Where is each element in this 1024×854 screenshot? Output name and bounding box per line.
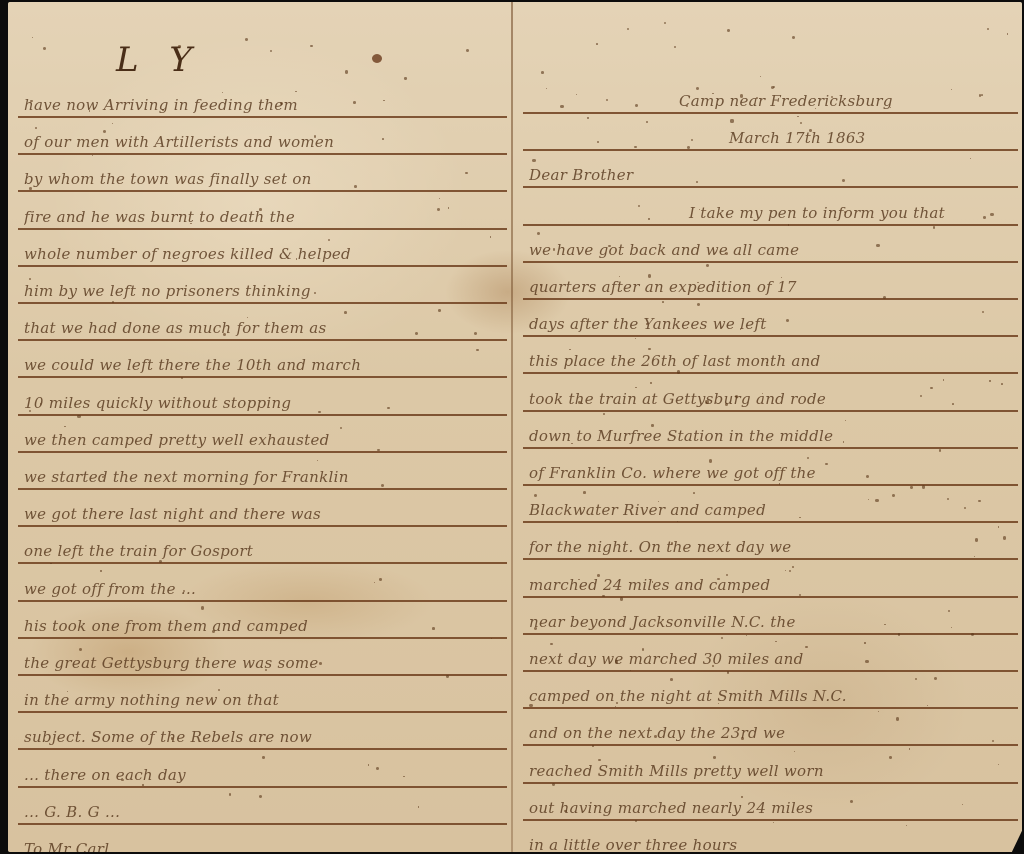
speckle <box>952 403 954 405</box>
speckle <box>974 556 975 557</box>
speckle <box>142 784 143 785</box>
speckle <box>259 208 262 211</box>
speckle <box>29 278 31 280</box>
speckle <box>992 740 994 742</box>
speckle <box>1003 536 1006 539</box>
speckle <box>889 756 892 759</box>
speckle <box>934 677 937 680</box>
speckle <box>693 492 695 494</box>
speckle <box>741 737 744 740</box>
speckle <box>865 660 868 663</box>
handwritten-line: the great Gettysburg there was some <box>24 654 501 676</box>
handwritten-line: 10 miles quickly without stopping <box>24 394 501 416</box>
speckle <box>112 301 114 303</box>
speckle <box>439 198 440 199</box>
handwritten-line: him by we left no prisoners thinking <box>24 282 501 304</box>
speckle <box>648 274 651 277</box>
speckle <box>229 793 231 795</box>
speckle <box>705 400 708 403</box>
handwritten-line: subject. Some of the Rebels are now <box>24 728 501 750</box>
handwritten-line: days after the Yankees we left <box>529 315 1012 337</box>
speckle <box>922 485 925 488</box>
speckle <box>875 499 878 502</box>
speckle <box>223 333 226 336</box>
speckle <box>939 449 941 451</box>
handwritten-line: one left the train for Gosport <box>24 542 501 564</box>
speckle <box>578 579 579 580</box>
speckle <box>43 47 46 50</box>
handwritten-line: down to Murfree Station in the middle <box>529 427 1012 449</box>
speckle <box>646 323 648 325</box>
speckle <box>310 45 313 48</box>
speckle <box>178 45 180 47</box>
speckle <box>696 181 698 183</box>
speckle <box>578 401 581 404</box>
speckle <box>725 403 728 406</box>
speckle <box>218 689 220 691</box>
speckle <box>717 578 720 581</box>
speckle <box>354 185 357 188</box>
handwritten-line: that we had done as much for them as <box>24 319 501 341</box>
speckle <box>40 403 42 405</box>
handwritten-line: in the army nothing new on that <box>24 691 501 713</box>
speckle <box>792 36 795 39</box>
speckle <box>29 187 32 190</box>
speckle <box>296 258 297 259</box>
handwritten-line: we could we left there the 10th and marc… <box>24 356 501 378</box>
speckle <box>1001 383 1003 385</box>
handwritten-line: we got there last night and there was <box>24 505 501 527</box>
speckle <box>553 248 555 250</box>
speckle <box>654 735 657 738</box>
speckle <box>943 379 944 380</box>
speckle <box>615 660 618 663</box>
speckle <box>687 146 690 149</box>
speckle <box>474 332 477 335</box>
handwritten-line: fire and he was burnt to death the <box>24 208 501 230</box>
handwritten-line: Dear Brother <box>529 166 1012 188</box>
monogram: L Y <box>116 40 202 80</box>
speckle <box>100 570 101 571</box>
speckle <box>727 29 730 32</box>
speckle <box>634 146 636 148</box>
handwritten-line: of Franklin Co. where we got off the <box>529 464 1012 486</box>
speckle <box>990 213 993 216</box>
speckle <box>569 349 570 350</box>
handwritten-line: this place the 26th of last month and <box>529 352 1012 374</box>
speckle <box>709 459 712 462</box>
speckle <box>792 566 794 568</box>
speckle <box>646 121 648 123</box>
speckle <box>651 424 653 426</box>
handwritten-line: Camp near Fredericksburg <box>529 92 1012 114</box>
handwritten-line: reached Smith Mills pretty well worn <box>529 762 1012 784</box>
speckle <box>677 370 680 373</box>
speckle <box>677 521 678 522</box>
speckle <box>831 96 833 98</box>
speckle <box>866 475 869 478</box>
speckle <box>989 380 990 381</box>
handwritten-line: near beyond Jacksonville N.C. the <box>529 613 1012 635</box>
speckle <box>581 170 582 171</box>
speckle <box>670 678 673 681</box>
speckle <box>112 123 113 124</box>
speckle <box>560 105 563 108</box>
speckle <box>982 311 984 313</box>
speckle <box>89 110 91 112</box>
speckle <box>648 218 649 219</box>
speckle <box>597 141 599 143</box>
speckle <box>892 494 895 497</box>
speckle <box>212 630 215 633</box>
speckle <box>786 319 789 322</box>
handwritten-line: ... G. B. G ... <box>24 803 501 825</box>
handwritten-line: have now Arriving in feeding them <box>24 96 501 118</box>
handwritten-line: quarters after an expedition of 17 <box>529 278 1012 300</box>
handwritten-line: his took one from them and camped <box>24 617 501 639</box>
speckle <box>587 117 588 118</box>
speckle <box>382 138 384 140</box>
speckle <box>532 159 535 162</box>
letter-scan: L Y have now Arriving in feeding themof … <box>8 2 1022 852</box>
speckle <box>438 309 441 312</box>
speckle <box>77 415 80 418</box>
speckle <box>971 633 974 636</box>
handwritten-line: we then camped pretty well exhausted <box>24 431 501 453</box>
handwritten-line: in a little over three hours <box>529 836 1012 854</box>
speckle <box>437 208 440 211</box>
speckle <box>404 77 406 79</box>
speckle <box>564 810 566 812</box>
handwritten-line: we got off from the ... <box>24 580 501 602</box>
handwritten-line: out having marched nearly 24 miles <box>529 799 1012 821</box>
handwritten-line: of our men with Artillerists and women <box>24 133 501 155</box>
speckle <box>864 642 865 643</box>
speckle <box>741 796 742 797</box>
speckle <box>947 498 949 500</box>
speckle <box>713 756 716 759</box>
handwritten-line: I take my pen to inform you that <box>529 204 1012 226</box>
speckle <box>35 127 37 129</box>
speckle <box>740 328 741 329</box>
speckle <box>671 542 674 545</box>
speckle <box>616 702 618 704</box>
speckle <box>662 301 664 303</box>
speckle <box>650 382 651 383</box>
speckle <box>712 93 713 94</box>
speckle <box>583 491 586 494</box>
speckle <box>975 538 978 541</box>
left-page: L Y have now Arriving in feeding themof … <box>8 2 511 852</box>
speckle <box>620 597 623 600</box>
handwritten-line: we started the next morning for Franklin <box>24 468 501 490</box>
handwritten-line: whole number of negroes killed & helped <box>24 245 501 267</box>
speckle <box>686 105 688 107</box>
speckle <box>648 348 650 350</box>
speckle <box>597 574 600 577</box>
speckle <box>825 463 827 465</box>
handwritten-line: March 17th 1863 <box>529 129 1012 151</box>
speckle <box>740 94 743 97</box>
speckle <box>603 413 605 415</box>
speckle <box>529 704 532 707</box>
speckle <box>432 627 435 630</box>
right-page: Camp near FredericksburgMarch 17th 1863D… <box>513 2 1022 852</box>
speckle <box>162 109 163 110</box>
speckle <box>534 494 537 497</box>
speckle <box>387 407 389 409</box>
handwritten-line: and on the next day the 23rd we <box>529 724 1012 746</box>
speckle <box>345 70 348 73</box>
speckle <box>317 460 318 461</box>
speckle <box>476 349 478 351</box>
speckle <box>658 501 659 502</box>
speckle <box>537 232 540 235</box>
handwritten-line: took the train at Gettysburg and rode <box>529 390 1012 412</box>
handwritten-line: we have got back and we all came <box>529 241 1012 263</box>
speckle <box>635 387 636 388</box>
speckle <box>712 665 714 667</box>
handwritten-line: next day we marched 30 miles and <box>529 650 1012 672</box>
ink-blot <box>372 54 382 63</box>
speckle <box>797 116 799 118</box>
speckle <box>987 28 989 30</box>
speckle <box>779 483 781 485</box>
speckle <box>319 662 322 665</box>
handwritten-line: To Mr Carl ... <box>24 840 501 854</box>
speckle <box>415 332 418 335</box>
handwritten-line: camped on the night at Smith Mills N.C. <box>529 687 1012 709</box>
handwritten-line: ... there on each day <box>24 766 501 788</box>
handwritten-line: Blackwater River and camped <box>529 501 1012 523</box>
speckle <box>730 119 733 122</box>
handwritten-line: by whom the town was finally set on <box>24 170 501 192</box>
speckle <box>809 129 812 132</box>
speckle <box>541 71 544 74</box>
speckle <box>379 578 381 580</box>
speckle <box>910 486 912 488</box>
handwritten-line: for the night. On the next day we <box>529 538 1012 560</box>
speckle <box>596 43 598 45</box>
speckle <box>883 296 886 299</box>
speckle <box>201 606 204 609</box>
speckle <box>876 244 879 247</box>
speckle <box>592 745 594 747</box>
speckle <box>930 387 932 389</box>
